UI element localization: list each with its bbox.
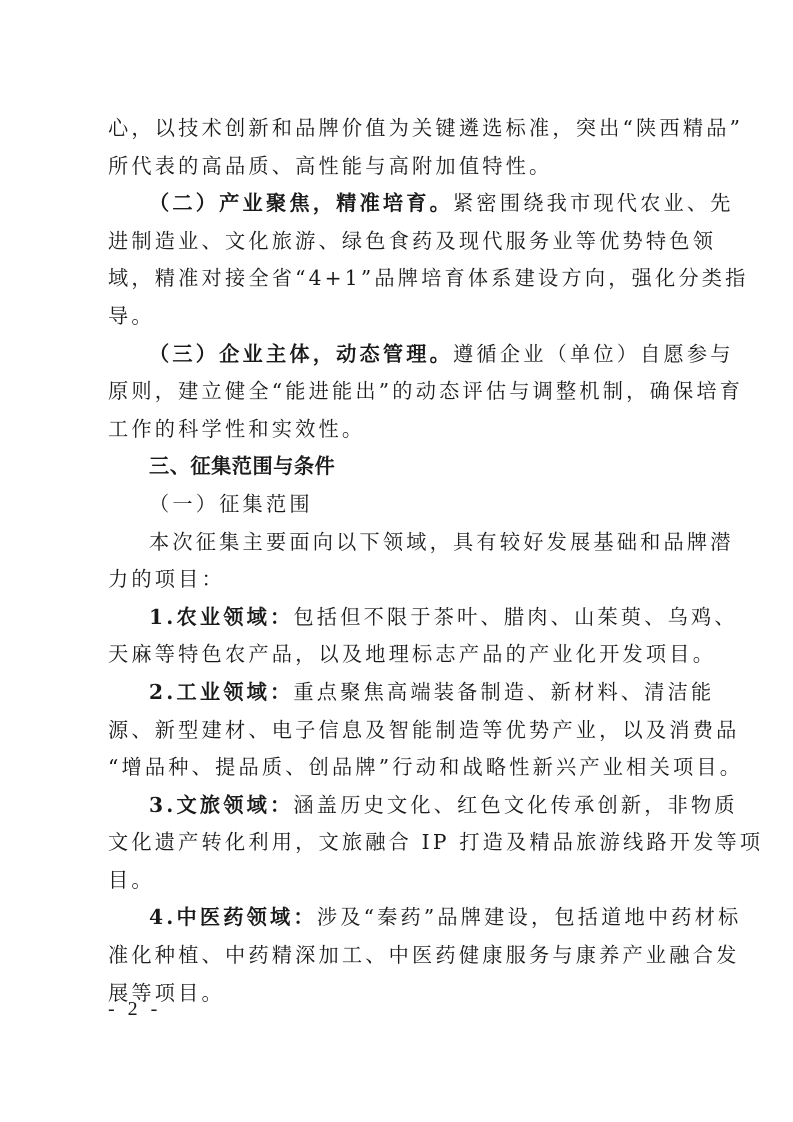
text-run: 紧密围绕我市现代农业、先 <box>453 191 734 215</box>
section-heading: 三、征集范围与条件 <box>108 448 692 486</box>
text-line: 工作的科学性和实效性。 <box>108 411 692 449</box>
text-run: 涵盖历史文化、红色文化传承创新，非物质 <box>293 793 737 817</box>
document-page: 心，以技术创新和品牌价值为关键遴选标准，突出“陕西精品” 所代表的高品质、高性能… <box>108 110 692 1012</box>
paragraph-lead: （三）企业主体，动态管理。 <box>149 342 453 366</box>
text-line: 力的项目： <box>108 561 692 599</box>
text-line: 进制造业、文化旅游、绿色食药及现代服务业等优势特色领 <box>108 223 692 261</box>
text-line: 文化遗产转化利用，文旅融合 IP 打造及精品旅游线路开发等项 <box>108 824 692 862</box>
text-line: 目。 <box>108 862 692 900</box>
paragraph-principle-2: （二）产业聚焦，精准培育。紧密围绕我市现代农业、先 <box>108 185 692 223</box>
text-line: 准化种植、中药精深加工、中医药健康服务与康养产业融合发 <box>108 937 692 975</box>
page-number: - 2 - <box>108 998 161 1021</box>
text-line: 展等项目。 <box>108 975 692 1013</box>
text-line: 天麻等特色农产品，以及地理标志产品的产业化开发项目。 <box>108 636 692 674</box>
text-line: “增品种、提品质、创品牌”行动和战略性新兴产业相关项目。 <box>108 749 692 787</box>
item-label: 1.农业领域： <box>149 605 293 629</box>
text-line: 心，以技术创新和品牌价值为关键遴选标准，突出“陕西精品” <box>108 110 692 148</box>
text-line: 原则，建立健全“能进能出”的动态评估与调整机制，确保培育 <box>108 373 692 411</box>
list-item-culture-tourism: 3.文旅领域：涵盖历史文化、红色文化传承创新，非物质 <box>108 787 692 825</box>
paragraph-lead: （二）产业聚焦，精准培育。 <box>149 191 453 215</box>
text-line: 域，精准对接全省“4+1”品牌培育体系建设方向，强化分类指 <box>108 260 692 298</box>
list-item-agriculture: 1.农业领域：包括但不限于茶叶、腊肉、山茱萸、乌鸡、 <box>108 599 692 637</box>
item-label: 4.中医药领域： <box>149 905 317 929</box>
text-run: 重点聚焦高端装备制造、新材料、清洁能 <box>293 680 714 704</box>
text-line: 所代表的高品质、高性能与高附加值特性。 <box>108 148 692 186</box>
text-run: 遵循企业（单位）自愿参与 <box>453 342 734 366</box>
subsection-heading: （一）征集范围 <box>108 486 692 524</box>
item-label: 2.工业领域： <box>149 680 293 704</box>
paragraph-principle-3: （三）企业主体，动态管理。遵循企业（单位）自愿参与 <box>108 336 692 374</box>
list-item-tcm: 4.中医药领域：涉及“秦药”品牌建设，包括道地中药材标 <box>108 899 692 937</box>
text-line: 导。 <box>108 298 692 336</box>
text-run: 涉及“秦药”品牌建设，包括道地中药材标 <box>317 905 742 929</box>
text-line: 本次征集主要面向以下领域，具有较好发展基础和品牌潜 <box>108 524 692 562</box>
item-label: 3.文旅领域： <box>149 793 293 817</box>
list-item-industry: 2.工业领域：重点聚焦高端装备制造、新材料、清洁能 <box>108 674 692 712</box>
text-run: 包括但不限于茶叶、腊肉、山茱萸、乌鸡、 <box>293 605 737 629</box>
text-line: 源、新型建材、电子信息及智能制造等优势产业，以及消费品 <box>108 712 692 750</box>
